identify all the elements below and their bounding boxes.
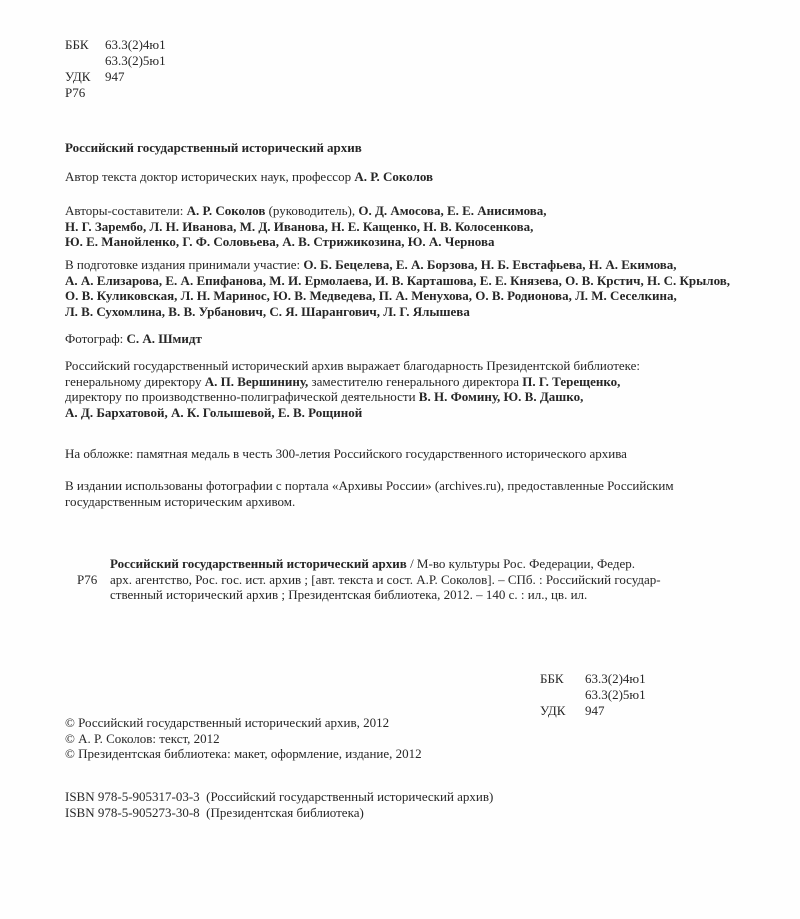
bbk-udk-codes-top: ББК63.3(2)4ю163.3(2)5ю1УДК947Р76 bbox=[65, 37, 166, 101]
photographer-line: Фотограф: С. А. Шмидт bbox=[65, 331, 202, 347]
isbn-block: ISBN 978-5-905317-03-3 (Российский госуд… bbox=[65, 789, 493, 820]
photo-credit: В издании использованы фотографии с порт… bbox=[65, 478, 674, 509]
bib-index-label: Р76 bbox=[77, 572, 97, 588]
participants-paragraph: В подготовке издания принимали участие: … bbox=[65, 257, 730, 319]
copyright-block: © Российский государственный исторически… bbox=[65, 715, 422, 762]
cover-note: На обложке: памятная медаль в честь 300-… bbox=[65, 446, 627, 462]
imprint-page: ББК63.3(2)4ю163.3(2)5ю1УДК947Р76 Российс… bbox=[0, 0, 800, 919]
author-line: Автор текста доктор исторических наук, п… bbox=[65, 169, 433, 185]
archive-title: Российский государственный исторический … bbox=[65, 140, 362, 156]
acknowledgement-paragraph: Российский государственный исторический … bbox=[65, 358, 640, 420]
compilers-paragraph: Авторы-составители: А. Р. Соколов (руков… bbox=[65, 203, 547, 250]
bbk-udk-codes-right: ББК63.3(2)4ю163.3(2)5ю1УДК947 bbox=[540, 671, 646, 719]
bibliographic-record: Р76 Российский государственный историчес… bbox=[110, 556, 661, 603]
